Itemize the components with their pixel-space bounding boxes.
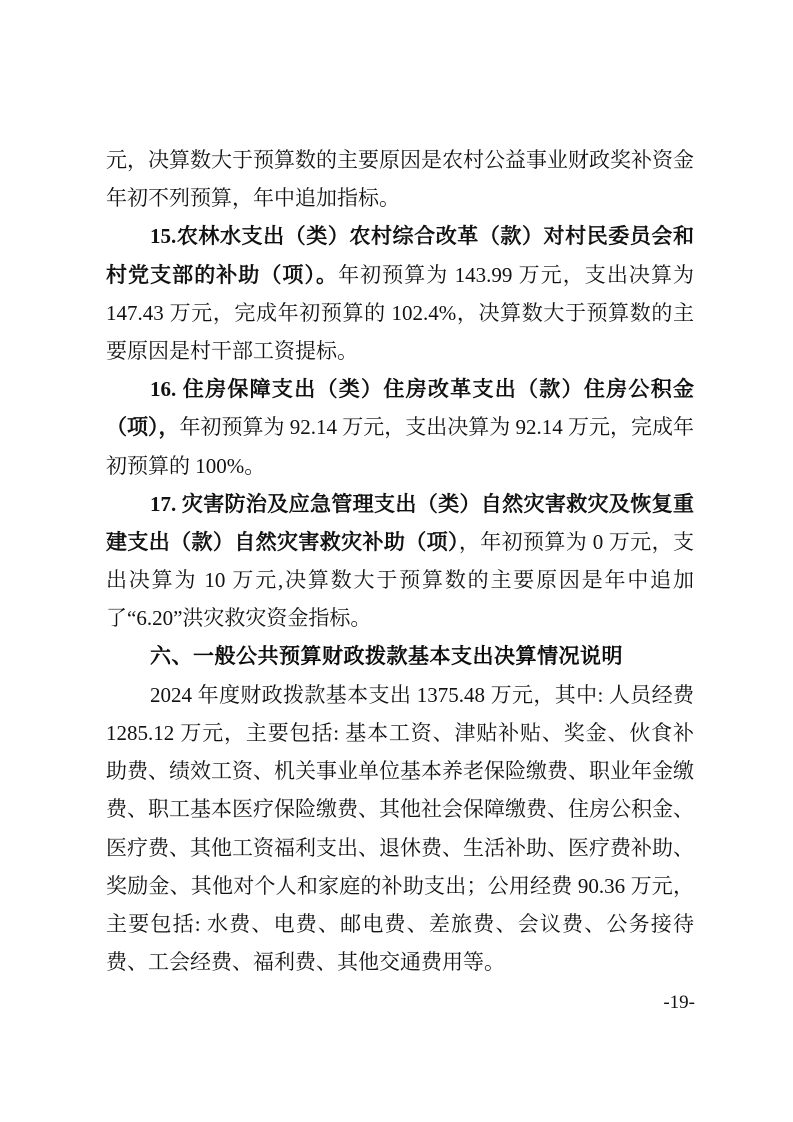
section-6-body-text: 2024 年度财政拨款基本支出 1375.48 万元，其中: 人员经费 1285… [106, 683, 694, 974]
paragraph-continuation: 元，决算数大于预算数的主要原因是农村公益事业财政奖补资金年初不列预算，年中追加指… [106, 141, 694, 217]
document-page: 元，决算数大于预算数的主要原因是农村公益事业财政奖补资金年初不列预算，年中追加指… [0, 0, 793, 1122]
paragraph-section-6-body: 2024 年度财政拨款基本支出 1375.48 万元，其中: 人员经费 1285… [106, 676, 694, 982]
item-16-body: 年初预算为 92.14 万元，支出决算为 92.14 万元，完成年初预算的 10… [106, 415, 694, 477]
paragraph-item-16: 16. 住房保障支出（类）住房改革支出（款）住房公积金（项），年初预算为 92.… [106, 370, 694, 485]
paragraph-item-15: 15.农林水支出（类）农村综合改革（款）对村民委员会和村党支部的补助（项）。年初… [106, 217, 694, 370]
page-number: -19- [663, 992, 695, 1014]
paragraph-text: 元，决算数大于预算数的主要原因是农村公益事业财政奖补资金年初不列预算，年中追加指… [106, 148, 694, 210]
paragraph-item-17: 17. 灾害防治及应急管理支出（类）自然灾害救灾及恢复重建支出（款）自然灾害救灾… [106, 485, 694, 638]
document-content: 元，决算数大于预算数的主要原因是农村公益事业财政奖补资金年初不列预算，年中追加指… [106, 141, 694, 981]
section-6-heading: 六、一般公共预算财政拨款基本支出决算情况说明 [106, 638, 694, 676]
